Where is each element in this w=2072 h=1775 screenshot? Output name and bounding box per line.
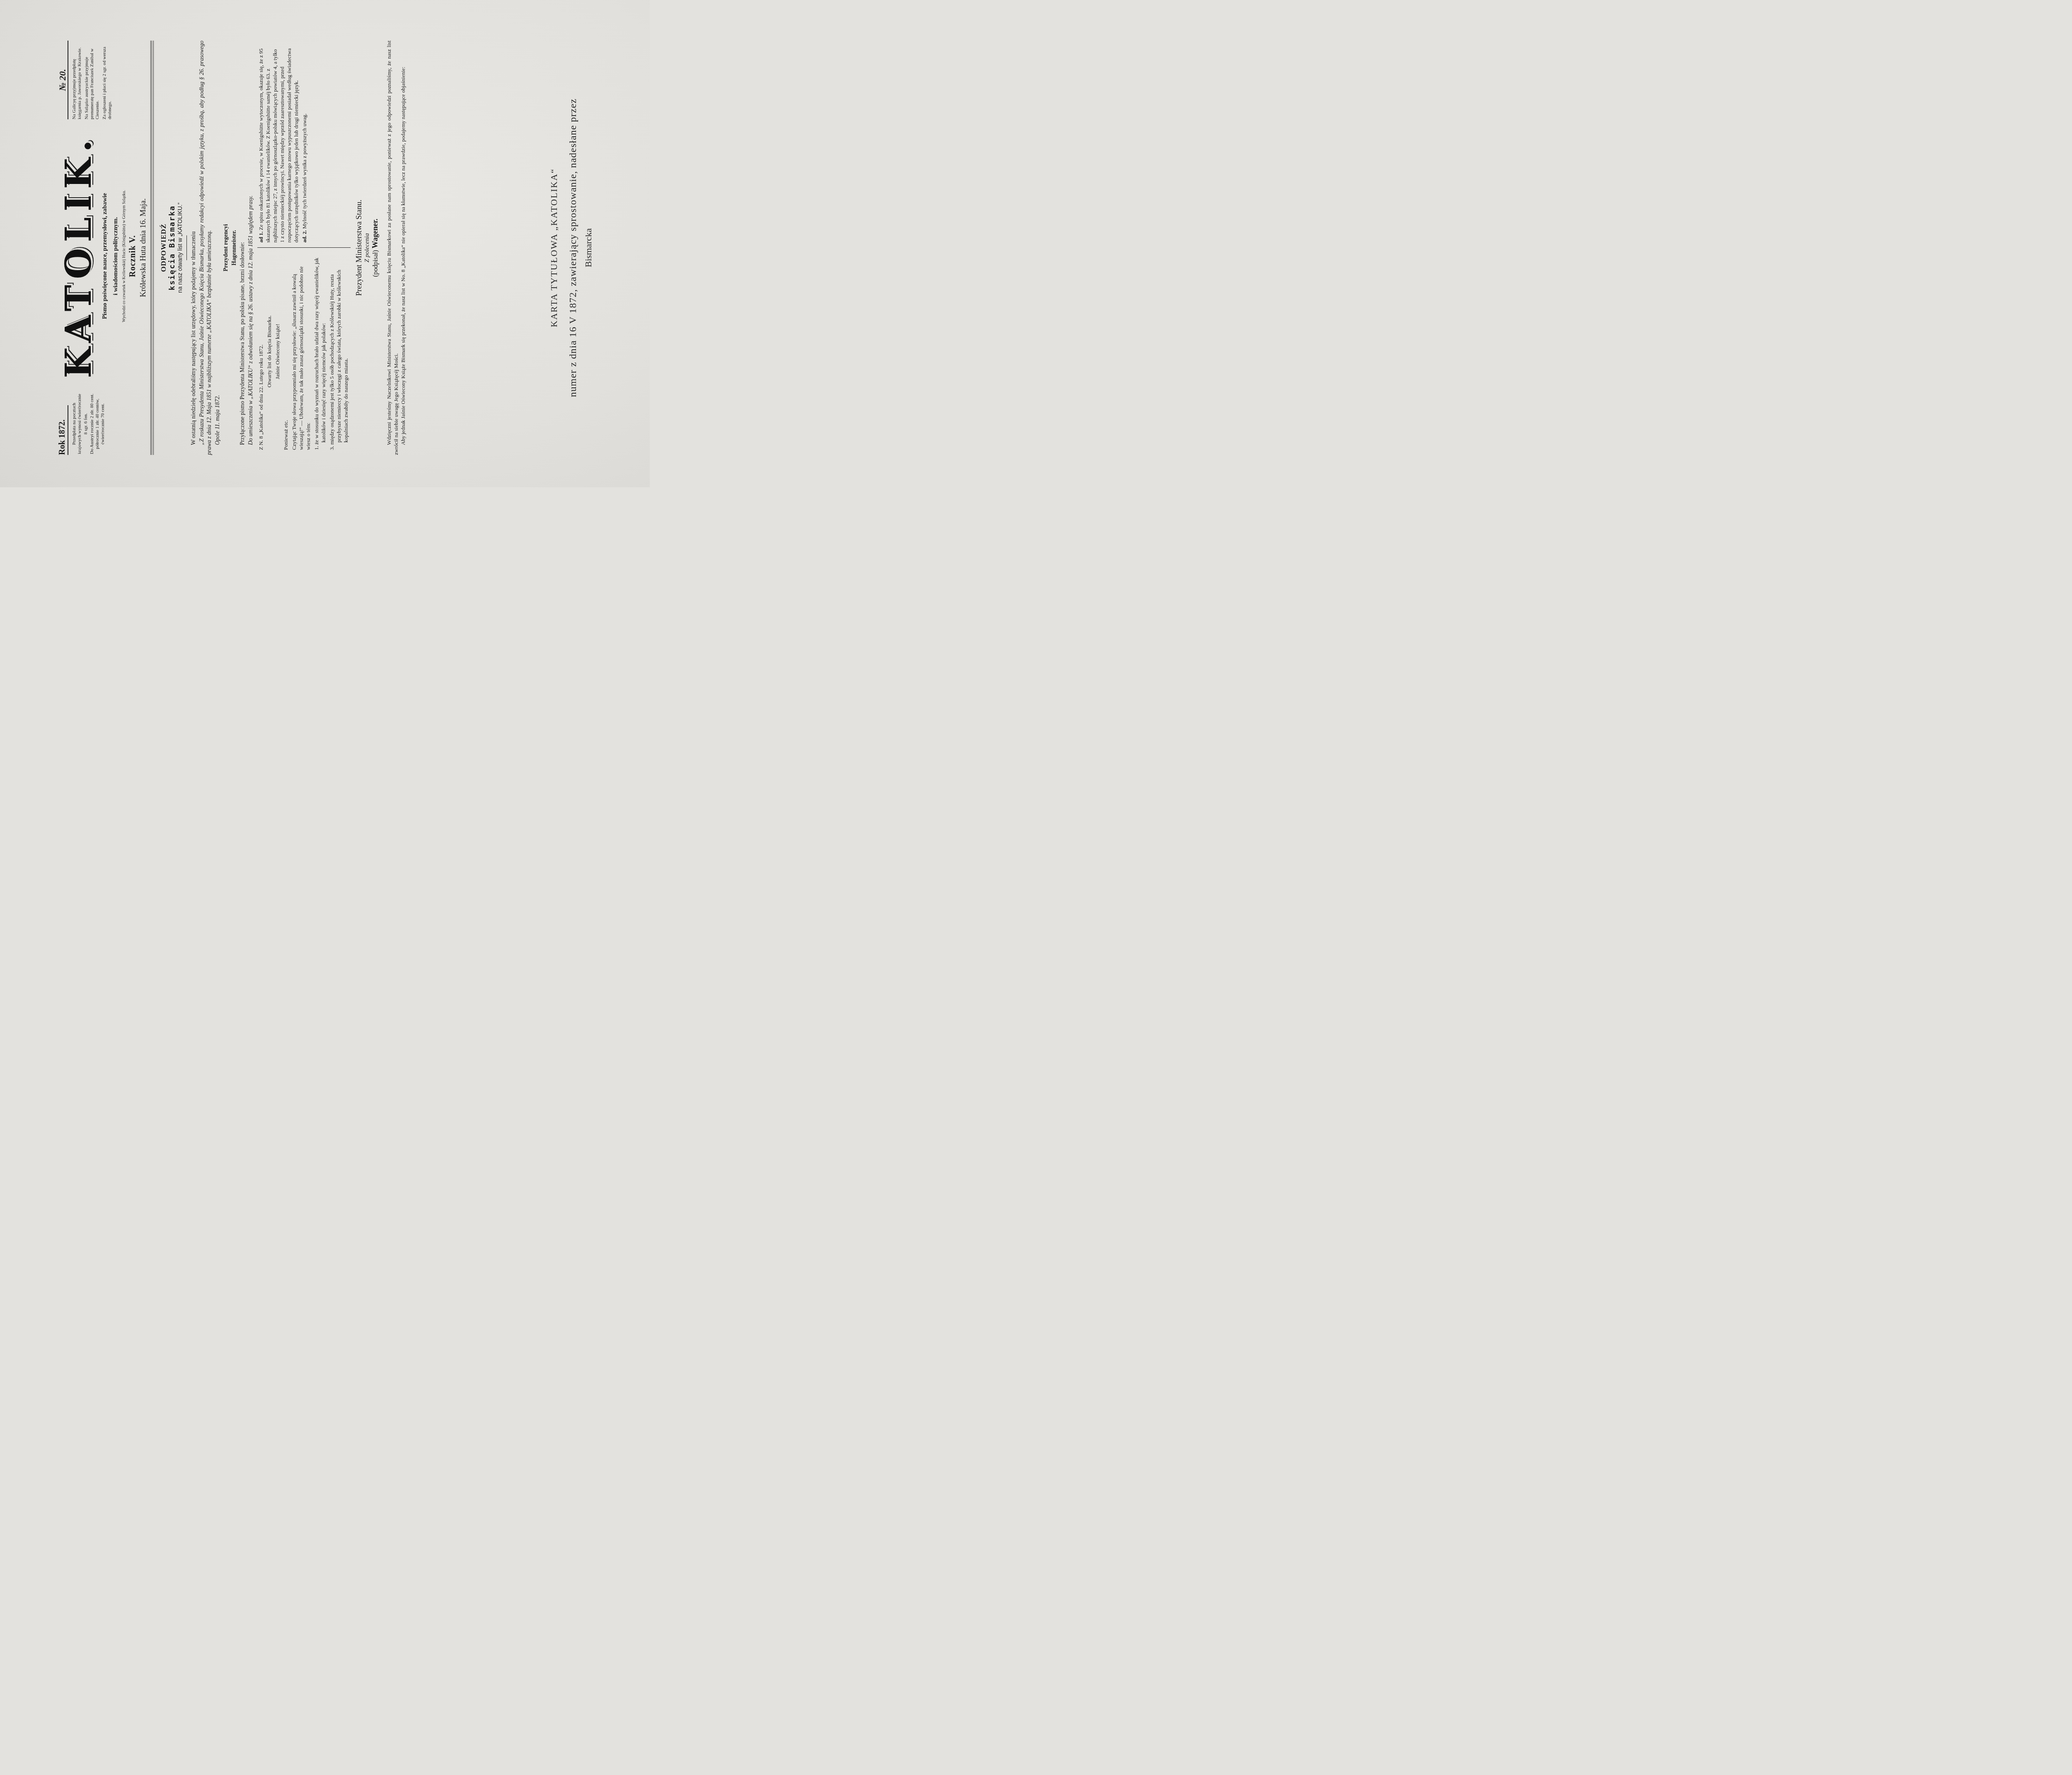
list-item: 3. między osądzonemi jest tylko 5 osób p… (328, 253, 349, 450)
paragraph: Przyłączone pismo Prezydenta Ministerstw… (239, 41, 247, 455)
signature-title: Prezydent Ministerstwa Stanu. (355, 41, 364, 455)
signer-title: Prezydent regencyi (223, 41, 230, 455)
divider (186, 235, 187, 260)
place-date: Opole 11. maja 1872. (214, 41, 222, 455)
paragraph: Mylność tych twierdzeń wynika z powyższy… (301, 114, 307, 229)
subscription-note: 8 sgr. 6 fen. (83, 393, 89, 455)
double-rule (150, 41, 154, 455)
rotated-page: Rok 1872. Przedpłata na pocztach krajowy… (18, 16, 632, 472)
subtitle-line-1: Pismo poświęcone nauce, przemysłowi, zab… (101, 119, 109, 393)
photo-caption: KARTA TYTUŁOWA „KATOLIKA“ numer z dnia 1… (549, 41, 594, 455)
publication-info: Wychodzi co czwartek w Królewskiéj Hucie… (122, 119, 126, 393)
photo-background: Rok 1872. Przedpłata na pocztach krajowy… (0, 0, 650, 487)
volume-label: Rocznik V. (128, 119, 138, 393)
paragraph: Ponieważ etc. (282, 253, 289, 450)
paragraph: Czytając Twoje słowa przypomniało mi się… (290, 253, 312, 450)
closing-section: Wdzięczni jesteśmy Naczelnikowi Minister… (385, 41, 407, 455)
article-headline: ODPOWIEDŹ księcia Bismarka na nasz otwar… (160, 41, 187, 455)
left-column: Z N. 8 „Katolika“ od dnia 22. Lutego rok… (257, 248, 351, 455)
newspaper-front-page: Rok 1872. Przedpłata na pocztach krajowy… (60, 41, 407, 455)
headline-line-2: księcia Bismarka (168, 41, 177, 455)
paragraph: W ostatnią niedzielę odebraliśmy następu… (190, 41, 198, 455)
masthead-left: Rok 1872. Przedpłata na pocztach krajowy… (60, 393, 107, 455)
caption-line: numer z dnia 16 V 1872, zawierający spro… (568, 41, 579, 455)
caption-title: KARTA TYTUŁOWA „KATOLIKA“ (549, 41, 559, 455)
headline-line-1: ODPOWIEDŹ (160, 41, 168, 455)
signed-label: (podpisał) (372, 250, 379, 277)
distribution-note: Na Galicyę przyjmuje przedpłatę księgarn… (72, 41, 82, 119)
reference: Z N. 8 „Katolika“ od dnia 22. Lutego rok… (257, 253, 264, 450)
headline-line-3: na nasz otwarty list w „KATOLIKU.“ (177, 41, 183, 455)
issue-number: № 20. (60, 41, 65, 119)
paragraph: Aby jednak Jaśnie Oświecony Książe Bisma… (399, 41, 407, 455)
salutation: Jaśnie Oświecony książe! (274, 253, 281, 450)
two-column-section: Z N. 8 „Katolika“ od dnia 22. Lutego rok… (257, 41, 351, 455)
masthead-right: № 20. Na Galicyę przyjmuje przedpłatę ks… (60, 41, 114, 119)
subtitle-line-2: i wiadomościom politycznym. (112, 119, 119, 393)
signed-name: Wagener. (371, 219, 379, 249)
signature-block: Prezydent Ministerstwa Stanu. Z poleceni… (355, 41, 380, 455)
caption-line: Bismarcka (583, 41, 594, 455)
subscription-note: Do Austryi rocznie 2 złr. 80 cent. półro… (90, 393, 106, 455)
year-label: Rok 1872. (60, 393, 65, 455)
signer-name: Hagenmeister. (231, 41, 238, 455)
divider (68, 405, 68, 455)
letter-title: Otwarty list do księcia Bismarka. (266, 253, 273, 450)
right-column: ad 1. Ze spisu oskarżonych w procesie, w… (257, 41, 351, 248)
paragraph: „Z roskazu Presydenta Ministerstwa Stanu… (198, 41, 213, 455)
ad-label: ad. 2. (301, 230, 307, 243)
newspaper-title: KATOLIK. (60, 119, 98, 393)
signature-by-order: Z polecenia (364, 41, 371, 455)
article-intro: W ostatnią niedzielę odebraliśmy następu… (190, 41, 255, 455)
advert-price-note: Za ogłoszeni i płaci się 2 sgr. od wersz… (102, 41, 113, 119)
subscription-note: Przedpłata na pocztach krajowych wynosi … (72, 393, 82, 455)
paragraph: Wdzięczni jesteśmy Naczelnikowi Minister… (385, 41, 399, 455)
paragraph: Do umieszczenia w „KATOLIKU“ z odwołanie… (247, 41, 255, 455)
ad-label: ad 1. (258, 232, 264, 243)
masthead: Rok 1872. Przedpłata na pocztach krajowy… (60, 41, 132, 455)
paragraph: Ze spisu oskarżonych w procesie, w Koeni… (258, 48, 299, 243)
dateline: Królewska Huta dnia 16. Maja. (139, 41, 148, 455)
distribution-note: Na Szlązko austryackie przyjmuje prenume… (84, 41, 100, 119)
list-item: 1. że w stosunku do wyznań w rozruchach … (313, 253, 327, 450)
masthead-center: KATOLIK. Pismo poświęcone nauce, przemys… (60, 119, 138, 393)
divider (68, 41, 68, 119)
